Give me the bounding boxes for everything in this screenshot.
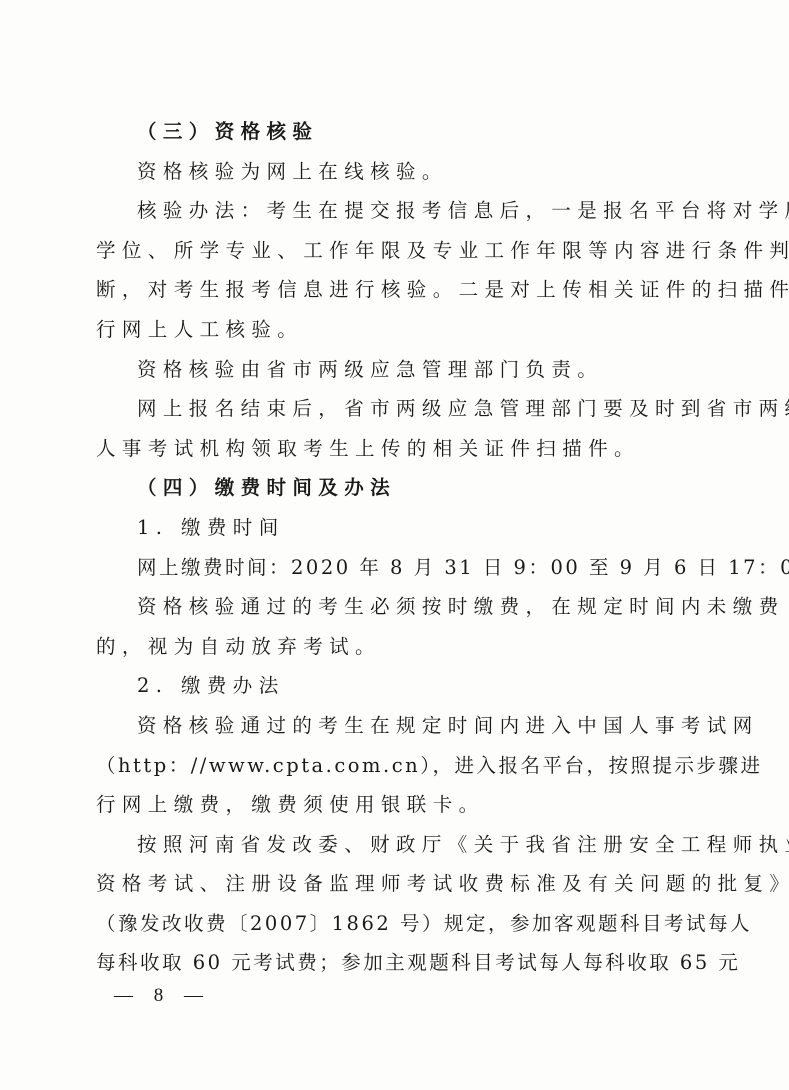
text-line: 行网上人工核验。 (96, 310, 696, 350)
text-line: 按照河南省发改委、财政厅《关于我省注册安全工程师执业 (96, 825, 696, 865)
section-heading: （四）缴费时间及办法 (96, 468, 696, 508)
text-line: 资格核验通过的考生必须按时缴费，在规定时间内未缴费 (96, 587, 696, 627)
text-line: 网上缴费时间：2020 年 8 月 31 日 9：00 至 9 月 6 日 17… (96, 548, 696, 588)
text-line: 断，对考生报考信息进行核验。二是对上传相关证件的扫描件进 (96, 270, 696, 310)
text-line: 资格考试、注册设备监理师考试收费标准及有关问题的批复》 (96, 864, 696, 904)
page-number: — 8 — (114, 985, 211, 1007)
text-line: （http：//www.cpta.com.cn），进入报名平台，按照提示步骤进 (96, 746, 696, 786)
text-line: 核验办法：考生在提交报考信息后，一是报名平台将对学历 (96, 191, 696, 231)
text-line: 网上报名结束后，省市两级应急管理部门要及时到省市两级 (96, 389, 696, 429)
text-line: 行网上缴费，缴费须使用银联卡。 (96, 785, 696, 825)
text-line: 每科收取 60 元考试费；参加主观题科目考试每人每科收取 65 元 (96, 943, 696, 983)
text-line: 资格核验通过的考生在规定时间内进入中国人事考试网 (96, 706, 696, 746)
text-line: 1. 缴费时间 (96, 508, 696, 548)
document-body: （三）资格核验资格核验为网上在线核验。核验办法：考生在提交报考信息后，一是报名平… (96, 112, 696, 983)
text-line: （豫发改收费〔2007〕1862 号）规定，参加客观题科目考试每人 (96, 904, 696, 944)
text-line: 资格核验由省市两级应急管理部门负责。 (96, 350, 696, 390)
text-line: 学位、所学专业、工作年限及专业工作年限等内容进行条件判 (96, 231, 696, 271)
text-line: 人事考试机构领取考生上传的相关证件扫描件。 (96, 429, 696, 469)
text-line: 的，视为自动放弃考试。 (96, 627, 696, 667)
text-line: 资格核验为网上在线核验。 (96, 152, 696, 192)
text-line: 2. 缴费办法 (96, 666, 696, 706)
section-heading: （三）资格核验 (96, 112, 696, 152)
document-page: （三）资格核验资格核验为网上在线核验。核验办法：考生在提交报考信息后，一是报名平… (96, 112, 696, 983)
